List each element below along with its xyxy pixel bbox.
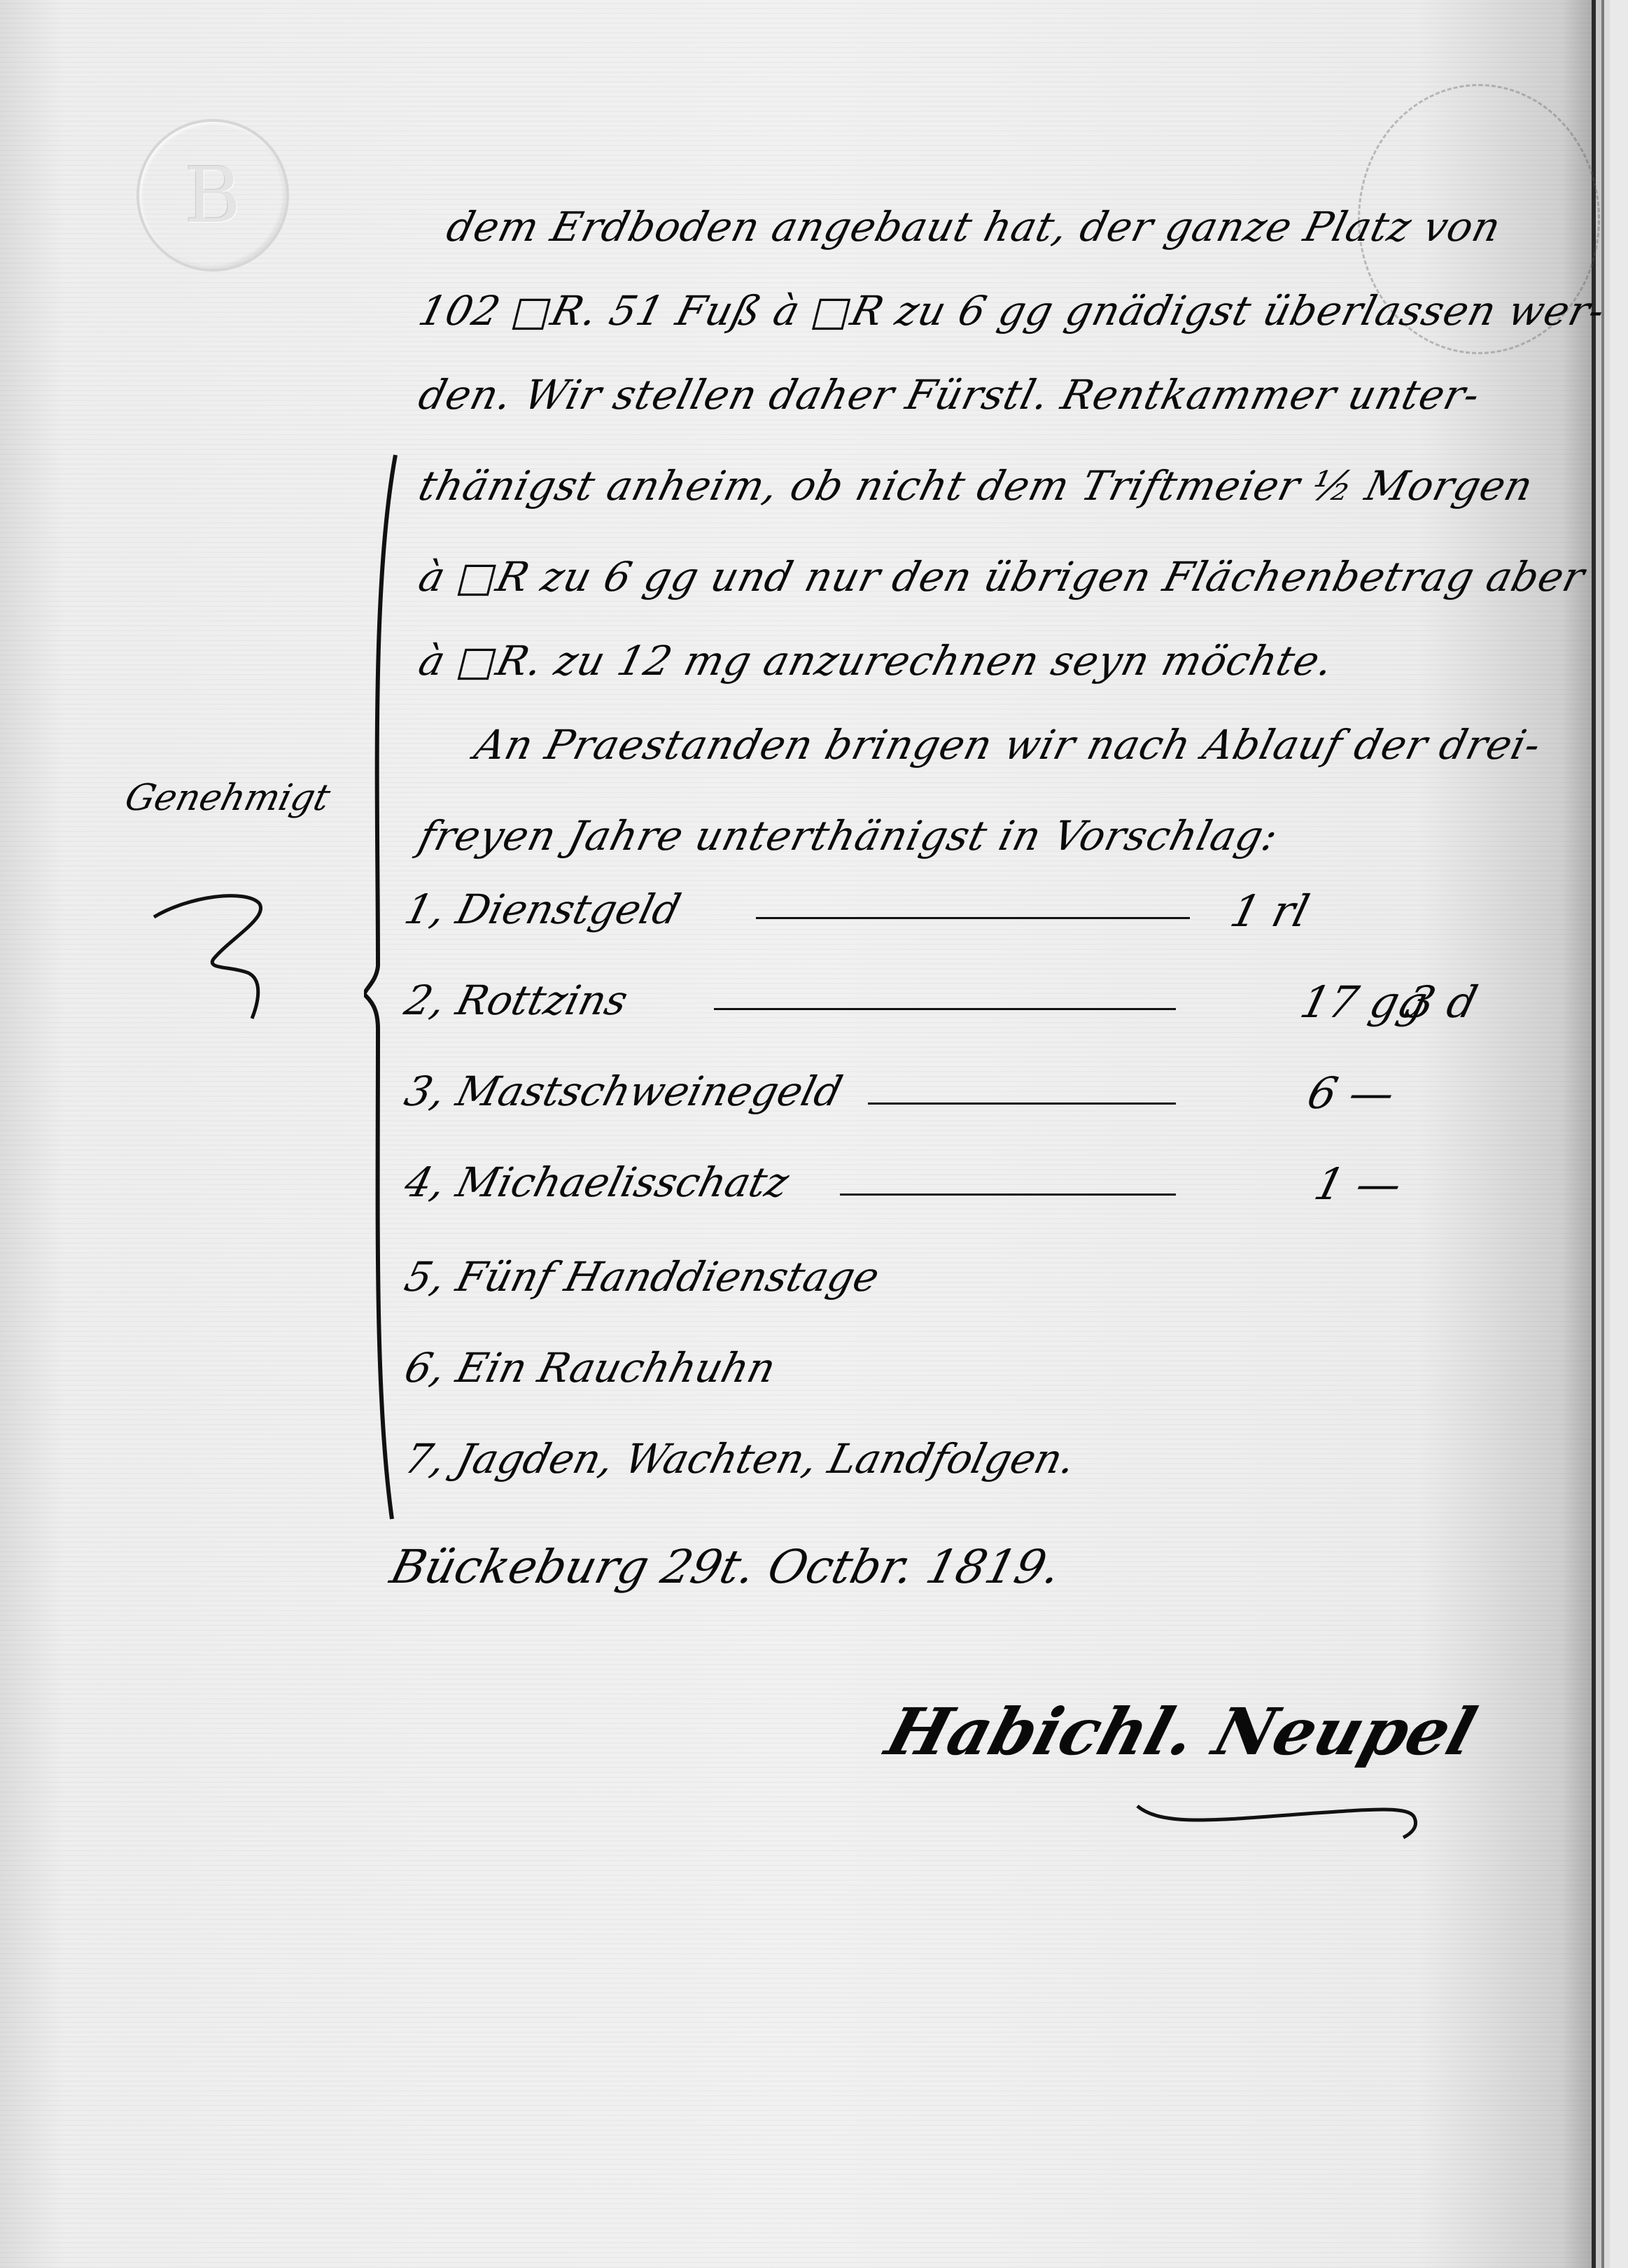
place-and-date: Bückeburg 29t. Octbr. 1819. [385, 1540, 1066, 1594]
paraph-flourish-icon [147, 882, 287, 1022]
list-item-4: 4, Michaelisschatz [400, 1158, 794, 1206]
leader-line [840, 1193, 1176, 1196]
list-item-6: 6, Ein Rauchhuhn [400, 1344, 781, 1392]
body-line-1: dem Erdboden angebaut hat, der ganze Pla… [442, 203, 1506, 251]
margin-approval-note: Genehmigt [121, 777, 335, 819]
amount-4: 1 — [1310, 1158, 1407, 1210]
signature-flourish-icon [1134, 1778, 1428, 1841]
embossed-seal-icon: B [136, 119, 289, 272]
body-line-7: An Praestanden bringen wir nach Ablauf d… [470, 721, 1546, 769]
leader-line [756, 917, 1190, 919]
body-line-2: 102 □R. 51 Fuß à □R zu 6 gg gnädigst übe… [414, 287, 1611, 335]
signature: Habichl. Neupel [878, 1694, 1485, 1770]
body-line-6: à □R. zu 12 mg anzurechnen seyn möchte. [414, 637, 1339, 685]
list-item-1: 1, Dienstgeld [400, 885, 686, 933]
list-item-3: 3, Mastschweinegeld [400, 1067, 848, 1115]
page-edge [1592, 0, 1610, 2268]
amount-1: 1 rl [1226, 885, 1314, 937]
amount-2-sub: 3 d [1401, 976, 1482, 1028]
body-line-4: thänigst anheim, ob nicht dem Triftmeier… [414, 462, 1538, 510]
list-item-5: 5, Fünf Handdienstage [400, 1253, 885, 1301]
list-item-7: 7, Jagden, Wachten, Landfolgen. [400, 1435, 1081, 1483]
leader-line [714, 1008, 1176, 1010]
document-page: B dem Erdboden angebaut hat, der ganze P… [0, 0, 1610, 2268]
body-line-3: den. Wir stellen daher Fürstl. Rentkamme… [414, 371, 1485, 419]
body-line-8: freyen Jahre unterthänigst in Vorschlag: [414, 812, 1284, 860]
list-item-2: 2, Rottzins [400, 976, 633, 1024]
amount-3: 6 — [1303, 1067, 1400, 1119]
left-brace-icon [364, 448, 406, 1526]
body-line-5: à □R zu 6 gg und nur den übrigen Flächen… [414, 553, 1590, 601]
leader-line [868, 1102, 1176, 1105]
